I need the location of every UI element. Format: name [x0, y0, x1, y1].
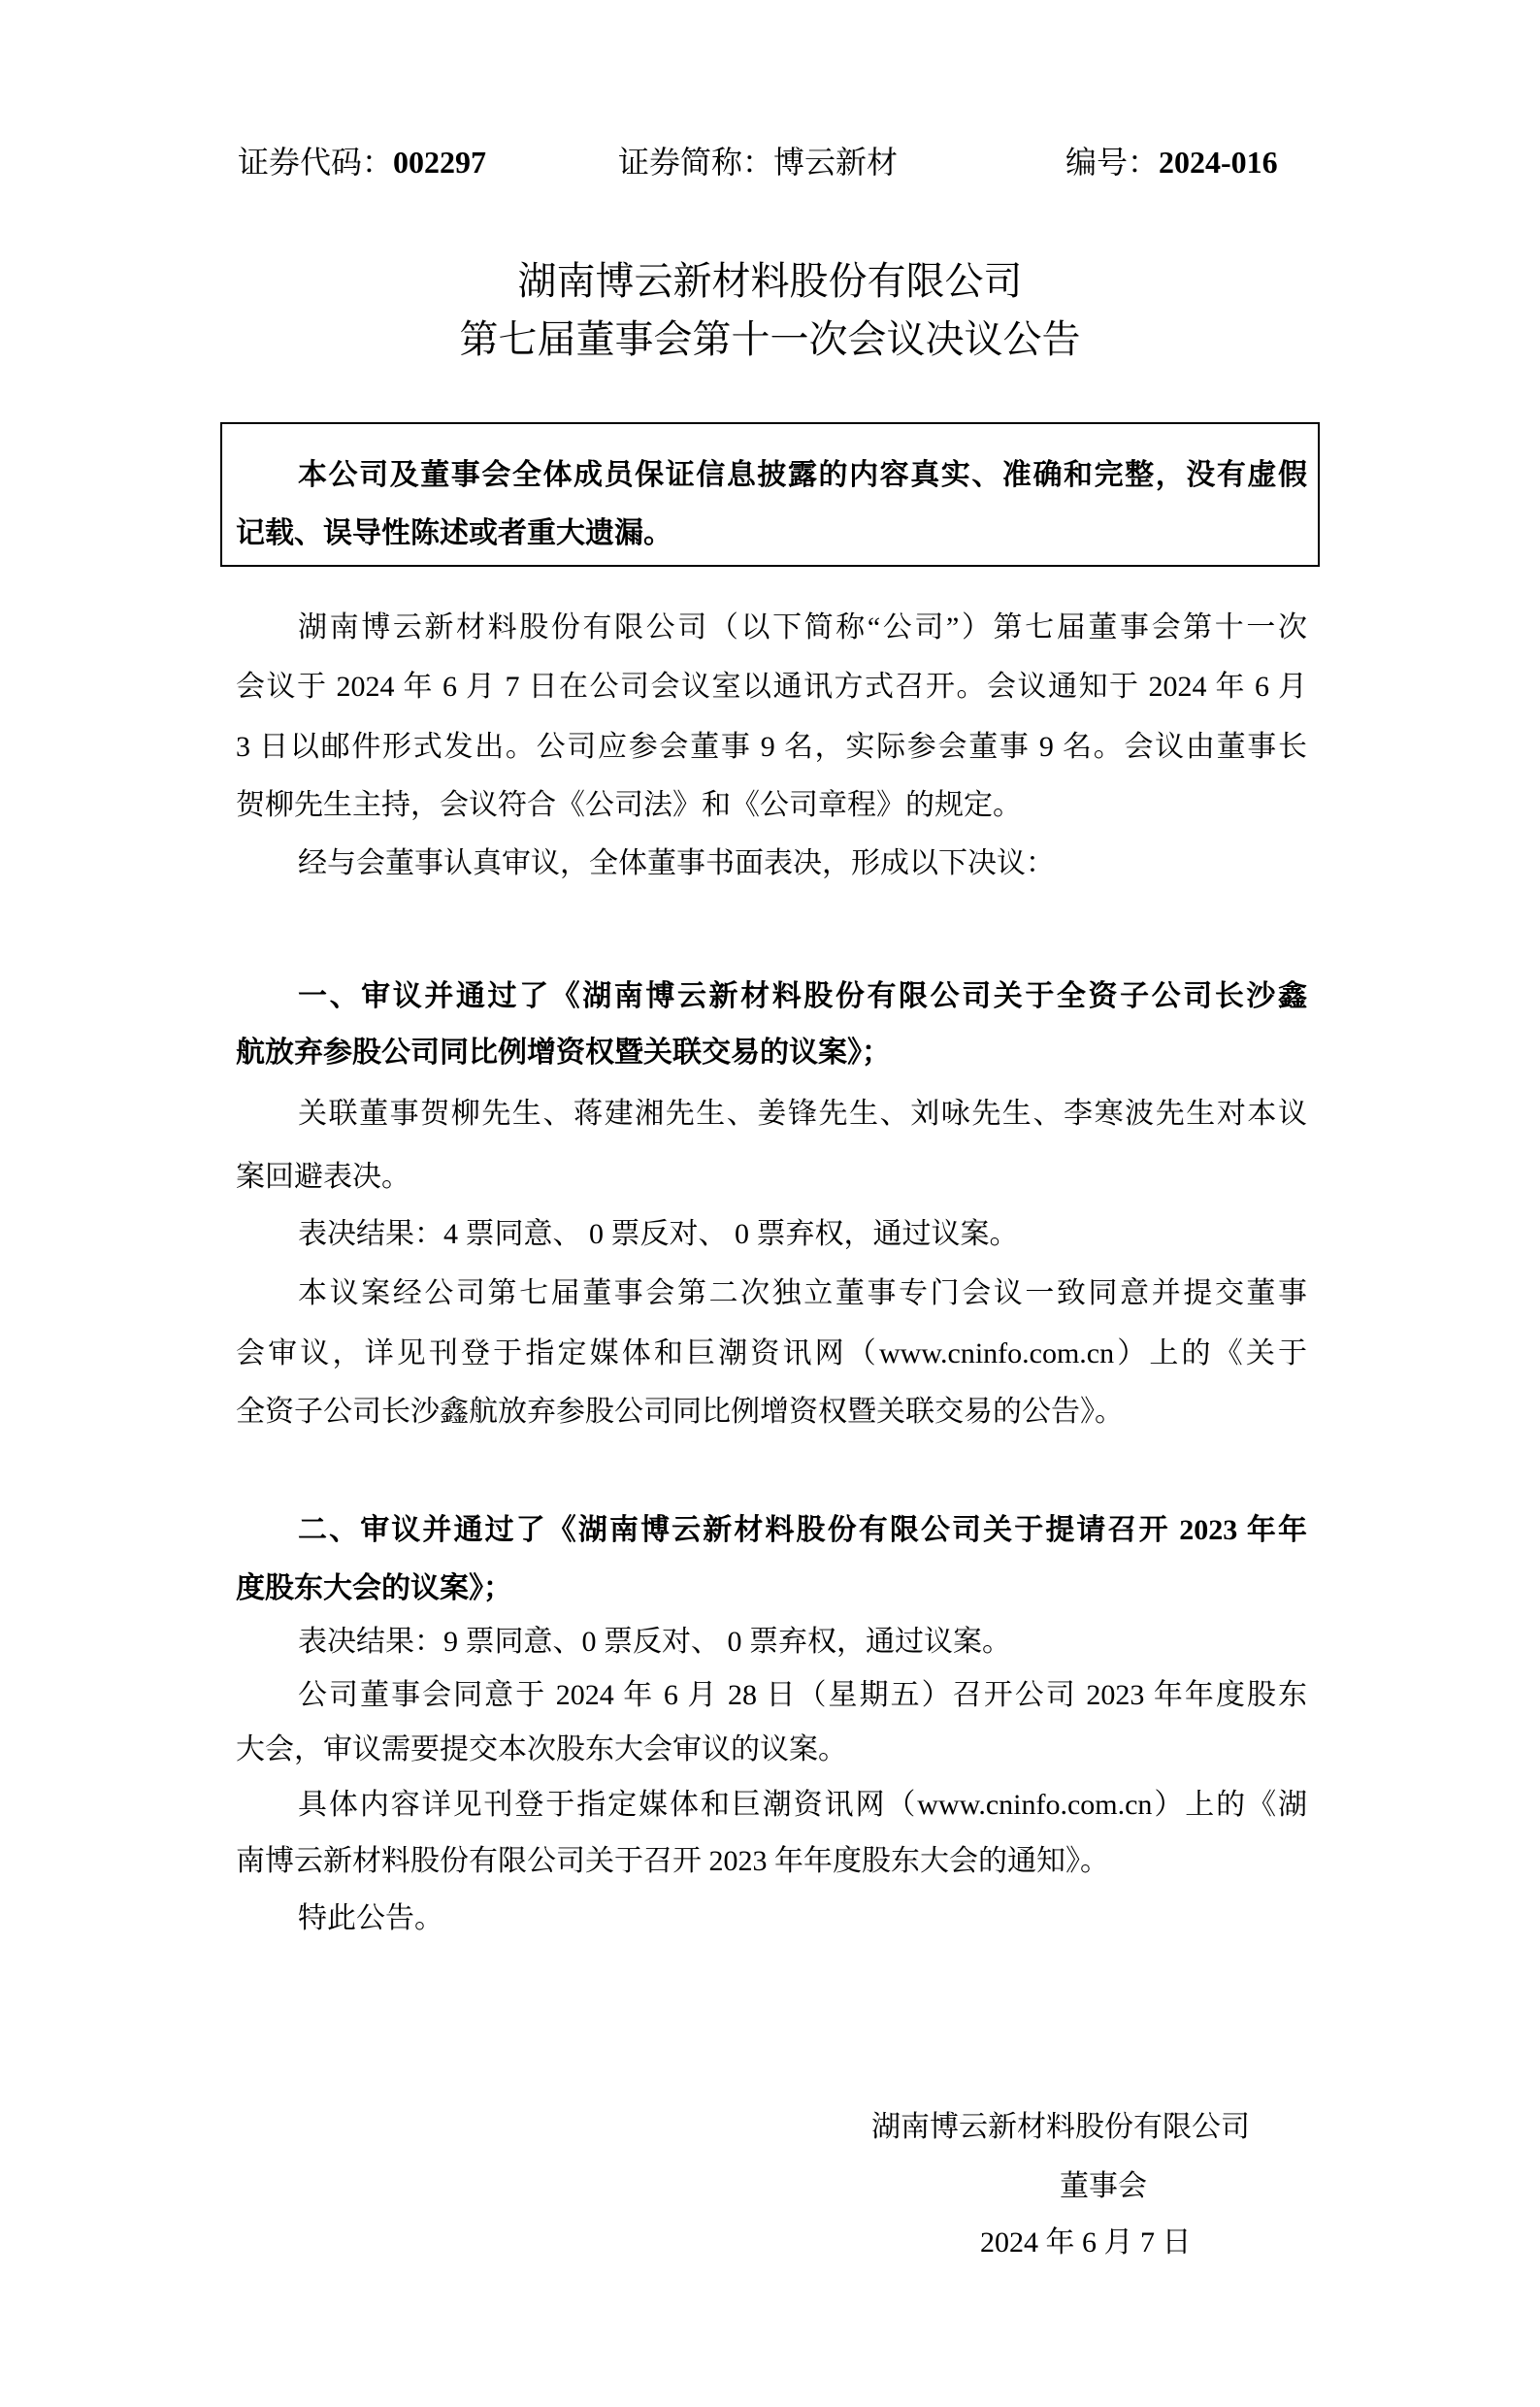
- section1-heading: 一、审议并通过了《湖南博云新材料股份有限公司关于全资子公司长沙鑫: [298, 977, 1307, 1016]
- disclaimer-line: 记载、误导性陈述或者重大遗漏。: [236, 514, 672, 553]
- section2-details: 具体内容详见刊登于指定媒体和巨潮资讯网（www.cninfo.com.cn）上的…: [298, 1786, 1307, 1825]
- intro-line: 3 日以邮件形式发出。公司应参会董事 9 名，实际参会董事 9 名。会议由董事长: [236, 728, 1307, 767]
- page-title-company: 湖南博云新材料股份有限公司: [0, 257, 1540, 306]
- section1-note: 全资子公司长沙鑫航放弃参股公司同比例增资权暨关联交易的公告》。: [236, 1393, 1124, 1432]
- signature-company: 湖南博云新材料股份有限公司: [871, 2108, 1250, 2147]
- section1-recusal: 关联董事贺柳先生、蒋建湘先生、姜锋先生、刘咏先生、李寒波先生对本议: [298, 1095, 1307, 1134]
- section2-heading: 度股东大会的议案》；: [236, 1569, 512, 1608]
- intro-line: 会议于 2024 年 6 月 7 日在公司会议室以通讯方式召开。会议通知于 20…: [236, 668, 1307, 707]
- security-abbr-value: 博云新材: [773, 145, 898, 180]
- disclaimer-line: 本公司及董事会全体成员保证信息披露的内容真实、准确和完整，没有虚假: [298, 456, 1307, 495]
- section2-meeting: 公司董事会同意于 2024 年 6 月 28 日（星期五）召开公司 2023 年…: [298, 1676, 1307, 1715]
- intro-line: 湖南博云新材料股份有限公司（以下简称“公司”）第七届董事会第十一次: [298, 609, 1307, 647]
- section2-meeting: 大会，审议需要提交本次股东大会审议的议案。: [236, 1731, 847, 1769]
- section1-vote-result: 表决结果：4 票同意、 0 票反对、 0 票弃权，通过议案。: [298, 1215, 1019, 1254]
- section2-details: 南博云新材料股份有限公司关于召开 2023 年年度股东大会的通知》。: [236, 1842, 1109, 1881]
- security-code: 证券代码：002297: [238, 141, 486, 183]
- section1-note: 会审议，详见刊登于指定媒体和巨潮资讯网（www.cninfo.com.cn）上的…: [236, 1335, 1307, 1373]
- announcement-number-value: 2024-016: [1159, 145, 1278, 180]
- section2-vote-result: 表决结果：9 票同意、0 票反对、 0 票弃权，通过议案。: [298, 1623, 1011, 1662]
- announcement-number-label: 编号：: [1065, 145, 1159, 180]
- section1-heading: 航放弃参股公司同比例增资权暨关联交易的议案》；: [236, 1034, 891, 1072]
- security-abbreviation: 证券简称：博云新材: [618, 141, 898, 183]
- signature-date: 2024 年 6 月 7 日: [980, 2224, 1192, 2262]
- resolution-lead: 经与会董事认真审议，全体董事书面表决，形成以下决议：: [298, 844, 1055, 883]
- section1-note: 本议案经公司第七届董事会第二次独立董事专门会议一致同意并提交董事: [298, 1274, 1307, 1313]
- closing-statement: 特此公告。: [298, 1899, 443, 1938]
- announcement-number: 编号：2024-016: [1065, 141, 1278, 183]
- security-code-label: 证券代码：: [238, 145, 393, 180]
- page-title-announcement: 第七届董事会第十一次会议决议公告: [0, 315, 1540, 364]
- signature-board: 董事会: [1060, 2167, 1147, 2206]
- section1-recusal: 案回避表决。: [236, 1158, 410, 1197]
- section2-heading: 二、审议并通过了《湖南博云新材料股份有限公司关于提请召开 2023 年年: [298, 1511, 1307, 1550]
- security-abbr-label: 证券简称：: [618, 145, 773, 180]
- intro-line: 贺柳先生主持，会议符合《公司法》和《公司章程》的规定。: [236, 786, 1022, 825]
- security-code-value: 002297: [393, 145, 486, 180]
